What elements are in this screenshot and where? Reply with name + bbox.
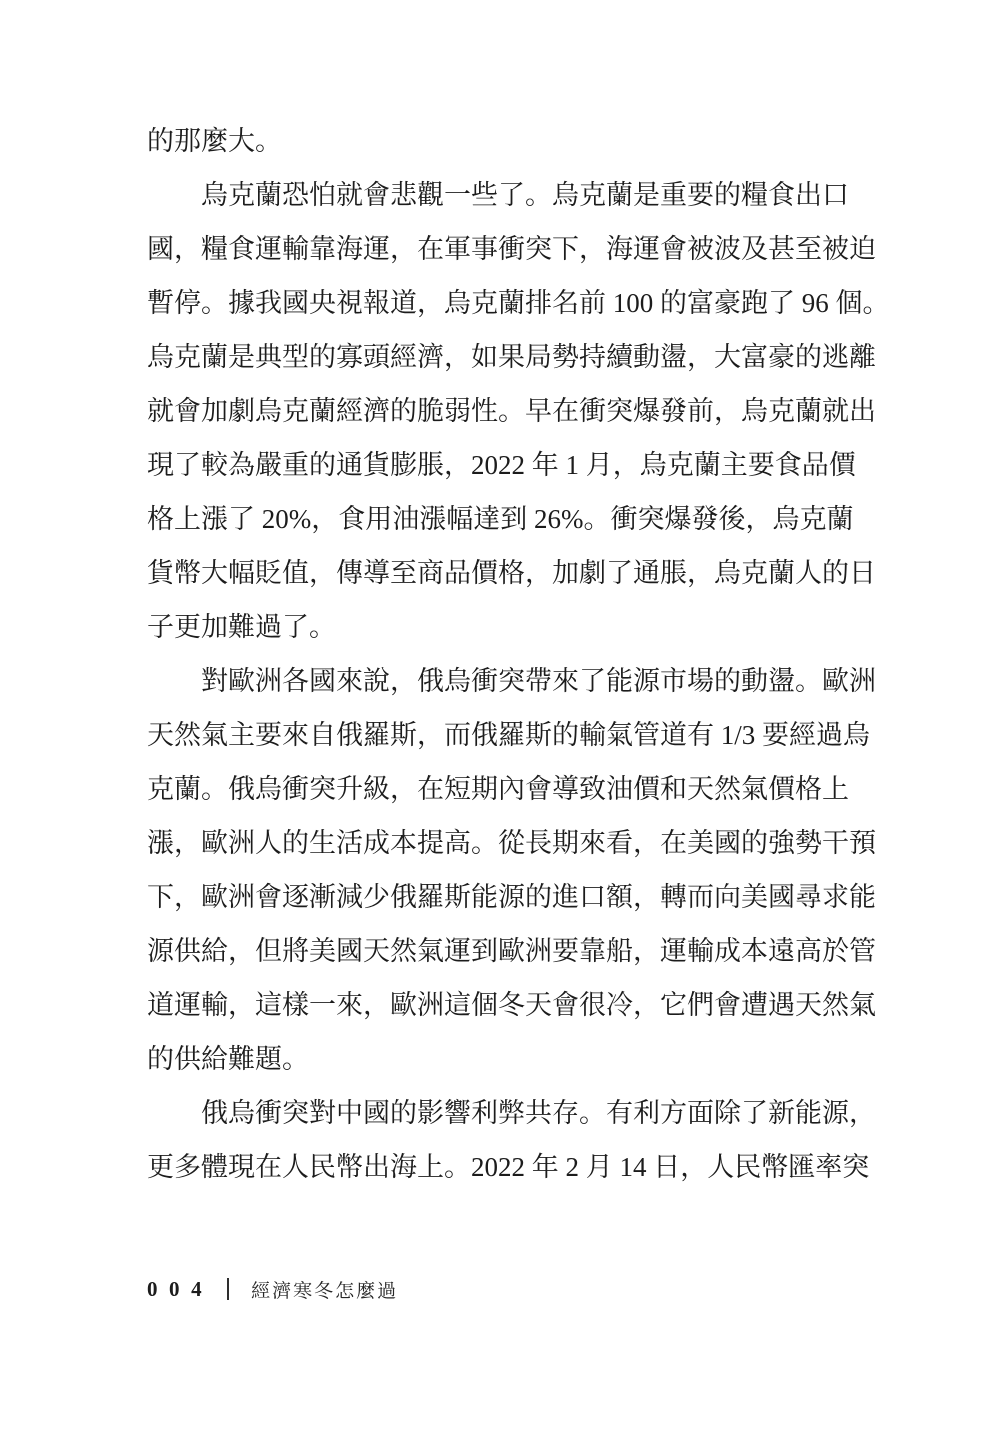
text-line: 下，歐洲會逐漸減少俄羅斯能源的進口額，轉而向美國尋求能 xyxy=(147,870,831,924)
text-line: 天然氣主要來自俄羅斯，而俄羅斯的輸氣管道有 1/3 要經過烏 xyxy=(147,708,831,762)
page-footer: 004 經濟寒冬怎麼過 xyxy=(147,1272,398,1306)
text-line: 更多體現在人民幣出海上。2022 年 2 月 14 日，人民幣匯率突 xyxy=(147,1140,831,1194)
text-line: 就會加劇烏克蘭經濟的脆弱性。早在衝突爆發前，烏克蘭就出 xyxy=(147,384,831,438)
running-title: 經濟寒冬怎麼過 xyxy=(251,1276,398,1303)
book-page: 的那麼大。烏克蘭恐怕就會悲觀一些了。烏克蘭是重要的糧食出口國，糧食運輸靠海運，在… xyxy=(0,0,1000,1429)
page-number: 004 xyxy=(147,1277,213,1302)
text-line: 子更加難過了。 xyxy=(147,600,831,654)
text-line: 道運輸，這樣一來，歐洲這個冬天會很冷，它們會遭遇天然氣 xyxy=(147,978,831,1032)
text-line: 暫停。據我國央視報道，烏克蘭排名前 100 的富豪跑了 96 個。 xyxy=(147,276,831,330)
text-line: 對歐洲各國來說，俄烏衝突帶來了能源市場的動盪。歐洲 xyxy=(147,654,831,708)
text-line: 源供給，但將美國天然氣運到歐洲要靠船，運輸成本遠高於管 xyxy=(147,924,831,978)
text-line: 的供給難題。 xyxy=(147,1032,831,1086)
text-line: 的那麼大。 xyxy=(147,114,831,168)
text-line: 國，糧食運輸靠海運，在軍事衝突下，海運會被波及甚至被迫 xyxy=(147,222,831,276)
text-line: 貨幣大幅貶值，傳導至商品價格，加劇了通脹，烏克蘭人的日 xyxy=(147,546,831,600)
body-text: 的那麼大。烏克蘭恐怕就會悲觀一些了。烏克蘭是重要的糧食出口國，糧食運輸靠海運，在… xyxy=(147,114,831,1194)
footer-separator-bar xyxy=(227,1278,229,1300)
paragraph: 的那麼大。 xyxy=(147,114,831,168)
text-line: 現了較為嚴重的通貨膨脹，2022 年 1 月，烏克蘭主要食品價 xyxy=(147,438,831,492)
text-line: 烏克蘭是典型的寡頭經濟，如果局勢持續動盪，大富豪的逃離 xyxy=(147,330,831,384)
paragraph: 對歐洲各國來說，俄烏衝突帶來了能源市場的動盪。歐洲天然氣主要來自俄羅斯，而俄羅斯… xyxy=(147,654,831,1086)
text-line: 俄烏衝突對中國的影響利弊共存。有利方面除了新能源， xyxy=(147,1086,831,1140)
paragraph: 俄烏衝突對中國的影響利弊共存。有利方面除了新能源，更多體現在人民幣出海上。202… xyxy=(147,1086,831,1194)
text-line: 克蘭。俄烏衝突升級，在短期內會導致油價和天然氣價格上 xyxy=(147,762,831,816)
text-line: 漲，歐洲人的生活成本提高。從長期來看，在美國的強勢干預 xyxy=(147,816,831,870)
text-line: 烏克蘭恐怕就會悲觀一些了。烏克蘭是重要的糧食出口 xyxy=(147,168,831,222)
paragraph: 烏克蘭恐怕就會悲觀一些了。烏克蘭是重要的糧食出口國，糧食運輸靠海運，在軍事衝突下… xyxy=(147,168,831,654)
text-line: 格上漲了 20%，食用油漲幅達到 26%。衝突爆發後，烏克蘭 xyxy=(147,492,831,546)
